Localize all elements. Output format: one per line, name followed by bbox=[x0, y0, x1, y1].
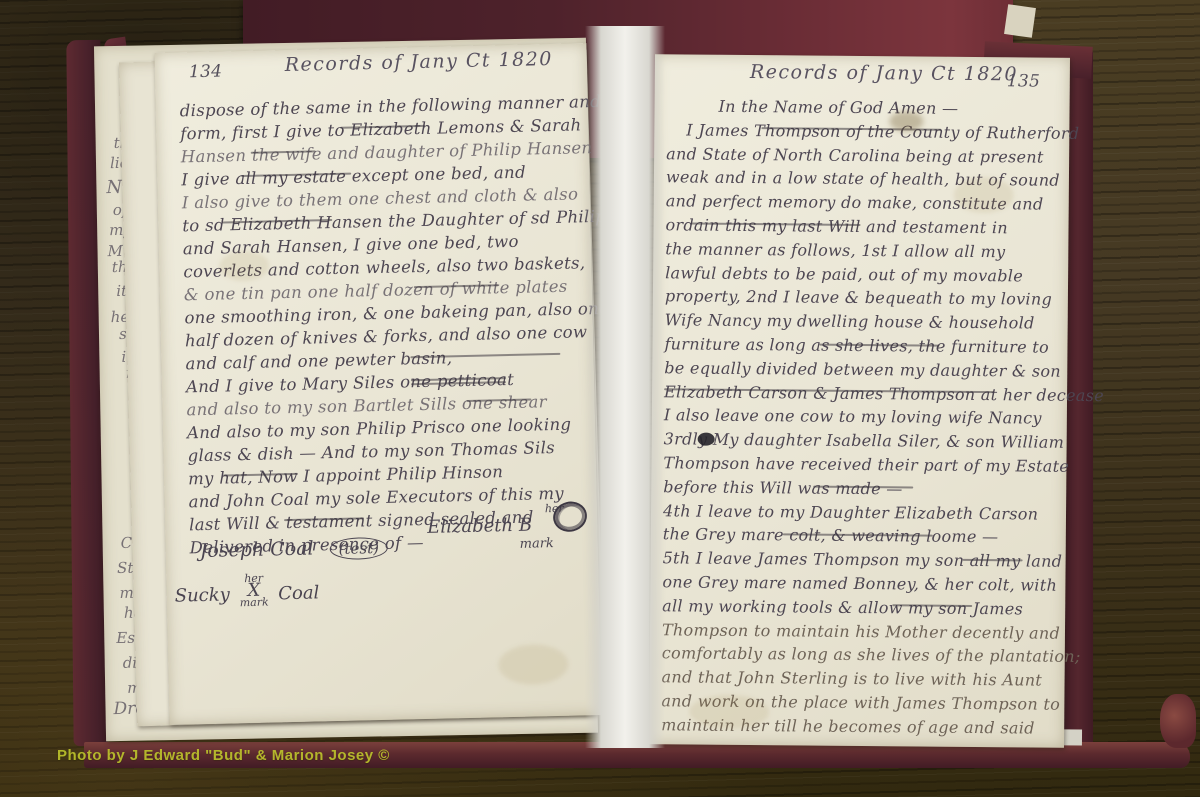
manuscript-line: be equally divided between my daughter &… bbox=[664, 356, 1064, 383]
ink-blot bbox=[698, 433, 715, 446]
foxing-spot bbox=[689, 695, 769, 730]
photo-of-record-book: 13 to the lio No of my Mu the it he si i… bbox=[0, 0, 1200, 797]
left-page: 134 Records of Jany Ct 1820 dispose of t… bbox=[154, 43, 601, 725]
manuscript-line: and that John Sterling is to live with h… bbox=[661, 665, 1061, 692]
manuscript-line: Thompson to maintain his Mother decently… bbox=[662, 618, 1062, 645]
witness1-note: (test) bbox=[329, 537, 388, 560]
manuscript-line: comfortably as long as she lives of the … bbox=[662, 642, 1062, 669]
manuscript-line: I also leave one cow to my loving wife N… bbox=[664, 404, 1064, 431]
manuscript-line: lawful debts to be paid, out of my movab… bbox=[665, 261, 1065, 288]
manuscript-line: Thompson have received their part of my … bbox=[663, 451, 1063, 478]
manuscript-line: and State of North Carolina being at pre… bbox=[666, 142, 1066, 169]
manuscript-line: the Grey mare colt, & weaving loome — bbox=[663, 523, 1063, 550]
red-ledger-page-notch bbox=[1004, 4, 1036, 38]
right-page: Records of Jany Ct 1820 135 In the Name … bbox=[649, 54, 1070, 748]
testatrix-mark-label: mark bbox=[520, 536, 555, 552]
testatrix-signature: Elizabeth B her mark bbox=[427, 515, 532, 538]
right-page-header: Records of Jany Ct 1820 bbox=[750, 61, 1018, 85]
right-page-number: 135 bbox=[1007, 71, 1041, 91]
book-cover-bottom-right-corner bbox=[1160, 694, 1196, 748]
manuscript-line: I James Thompson of the County of Ruther… bbox=[666, 118, 1066, 145]
manuscript-line: Elizabeth Carson & James Thompson at her… bbox=[664, 380, 1064, 407]
manuscript-line: In the Name of God Amen — bbox=[666, 94, 1066, 121]
manuscript-line: the manner as follows, 1st I allow all m… bbox=[665, 237, 1065, 264]
witness-signature-sucky-coal: Sucky her X mark Coal bbox=[174, 571, 319, 610]
manuscript-line: one Grey mare named Bonney, & her colt, … bbox=[662, 570, 1062, 597]
witness1-name: Joseph Coal bbox=[199, 538, 313, 563]
witness2-last-name: Coal bbox=[278, 582, 320, 604]
left-page-header: Records of Jany Ct 1820 bbox=[284, 48, 553, 76]
manuscript-line: Wife Nancy my dwelling house & household bbox=[665, 308, 1065, 335]
photographer-watermark: Photo by J Edward "Bud" & Marion Josey © bbox=[57, 747, 390, 764]
manuscript-line: ordain this my last Will and testament i… bbox=[665, 213, 1065, 240]
manuscript-line: 3rdly My daughter Isabella Siler, & son … bbox=[664, 427, 1064, 454]
left-page-body: dispose of the same in the following man… bbox=[179, 90, 591, 559]
left-page-number: 134 bbox=[189, 61, 223, 82]
manuscript-line: 4th I leave to my Daughter Elizabeth Car… bbox=[663, 499, 1063, 526]
witness2-first-name: Sucky bbox=[175, 584, 231, 606]
manuscript-line: property, 2nd I leave & bequeath to my l… bbox=[665, 285, 1065, 312]
foxing-spot bbox=[498, 644, 569, 686]
manuscript-line: all my working tools & allow my son Jame… bbox=[662, 594, 1062, 621]
foxing-spot bbox=[954, 177, 1014, 214]
book-gutter bbox=[585, 26, 665, 748]
ink-smudge bbox=[889, 111, 923, 131]
witness2-mark-label: mark bbox=[240, 597, 269, 610]
witness-signature-joseph-coal: Joseph Coal (test) bbox=[199, 536, 388, 562]
testatrix-name: Elizabeth B bbox=[427, 515, 532, 538]
manuscript-line: before this Will was made — bbox=[663, 475, 1063, 502]
